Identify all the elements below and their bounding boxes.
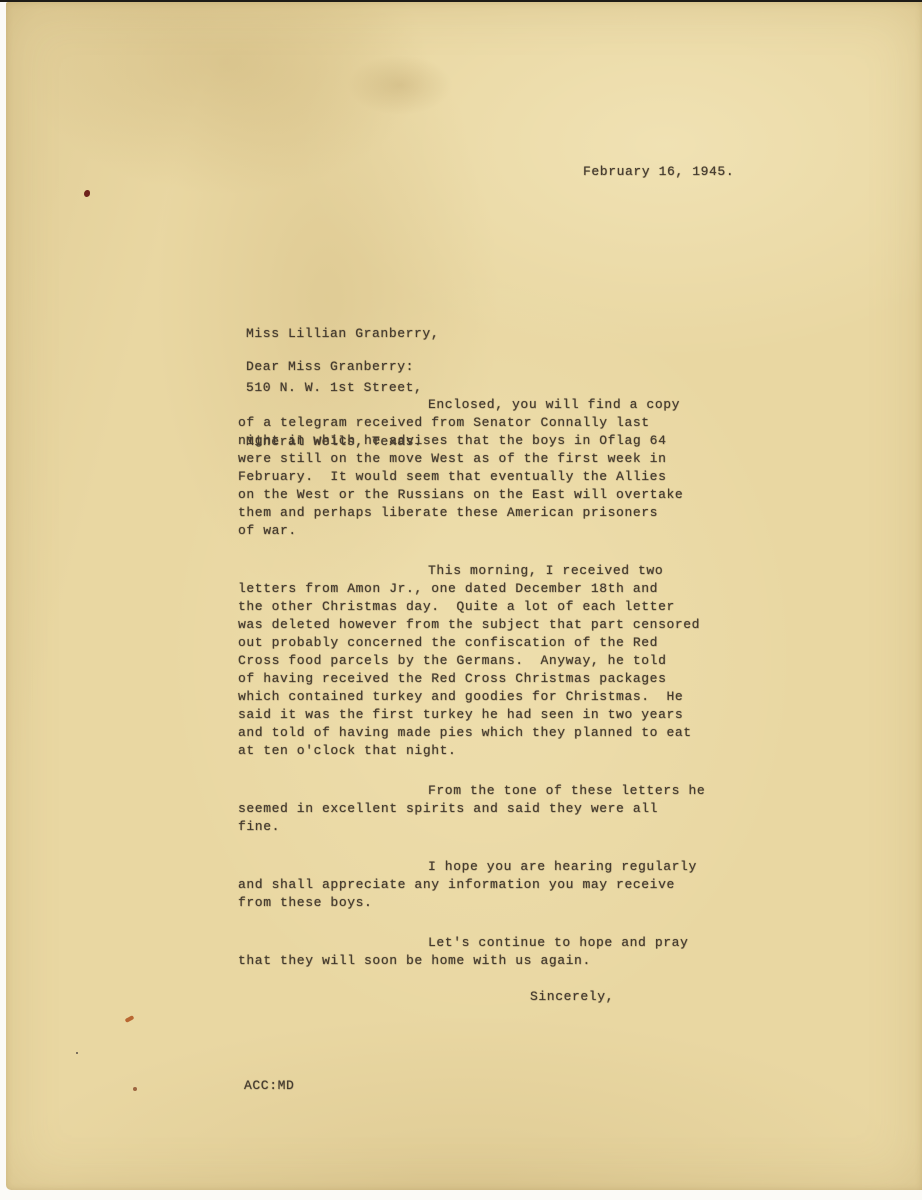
- salutation: Dear Miss Granberry:: [246, 358, 414, 376]
- letter-line: said it was the first turkey he had seen…: [238, 706, 720, 724]
- letter-line: seemed in excellent spirits and said the…: [238, 800, 720, 818]
- letter-line: and told of having made pies which they …: [238, 724, 720, 742]
- letter-line: fine.: [238, 818, 720, 836]
- letter-line: This morning, I received two: [238, 562, 720, 580]
- paper-speck: [76, 1052, 78, 1054]
- letter-line: them and perhaps liberate these American…: [238, 504, 720, 522]
- scanned-letter: February 16, 1945. Miss Lillian Granberr…: [0, 0, 922, 1200]
- letter-paragraph: Let's continue to hope and praythat they…: [238, 934, 720, 970]
- paper-speck: [125, 1015, 135, 1023]
- letter-paragraph: From the tone of these letters heseemed …: [238, 782, 720, 836]
- letter-line: out probably concerned the confiscation …: [238, 634, 720, 652]
- letter-paragraph: This morning, I received twoletters from…: [238, 562, 720, 760]
- paper-speck: [84, 190, 90, 197]
- letter-line: was deleted however from the subject tha…: [238, 616, 720, 634]
- letter-line: on the West or the Russians on the East …: [238, 486, 720, 504]
- closing: Sincerely,: [530, 988, 614, 1006]
- letter-line: of having received the Red Cross Christm…: [238, 670, 720, 688]
- letter-line: were still on the move West as of the fi…: [238, 450, 720, 468]
- letter-body: Enclosed, you will find a copyof a teleg…: [238, 396, 720, 992]
- letter-paragraph: I hope you are hearing regularlyand shal…: [238, 858, 720, 912]
- letter-date: February 16, 1945.: [583, 163, 734, 181]
- letter-line: of war.: [238, 522, 720, 540]
- recipient-street: 510 N. W. 1st Street,: [246, 379, 439, 397]
- letter-paragraph: Enclosed, you will find a copyof a teleg…: [238, 396, 720, 540]
- recipient-name: Miss Lillian Granberry,: [246, 325, 439, 343]
- letter-line: night in which he advises that the boys …: [238, 432, 720, 450]
- letter-line: that they will soon be home with us agai…: [238, 952, 720, 970]
- letter-line: at ten o'clock that night.: [238, 742, 720, 760]
- paper-speck: [133, 1087, 137, 1091]
- letter-line: Cross food parcels by the Germans. Anywa…: [238, 652, 720, 670]
- letter-line: of a telegram received from Senator Conn…: [238, 414, 720, 432]
- letter-line: the other Christmas day. Quite a lot of …: [238, 598, 720, 616]
- letter-line: I hope you are hearing regularly: [238, 858, 720, 876]
- letter-page: February 16, 1945. Miss Lillian Granberr…: [6, 2, 922, 1190]
- typist-initials: ACC:MD: [244, 1077, 294, 1095]
- letter-line: From the tone of these letters he: [238, 782, 720, 800]
- letter-line: letters from Amon Jr., one dated Decembe…: [238, 580, 720, 598]
- letter-line: Let's continue to hope and pray: [238, 934, 720, 952]
- letter-line: Enclosed, you will find a copy: [238, 396, 720, 414]
- letter-line: from these boys.: [238, 894, 720, 912]
- letter-line: February. It would seem that eventually …: [238, 468, 720, 486]
- letter-line: which contained turkey and goodies for C…: [238, 688, 720, 706]
- letter-line: and shall appreciate any information you…: [238, 876, 720, 894]
